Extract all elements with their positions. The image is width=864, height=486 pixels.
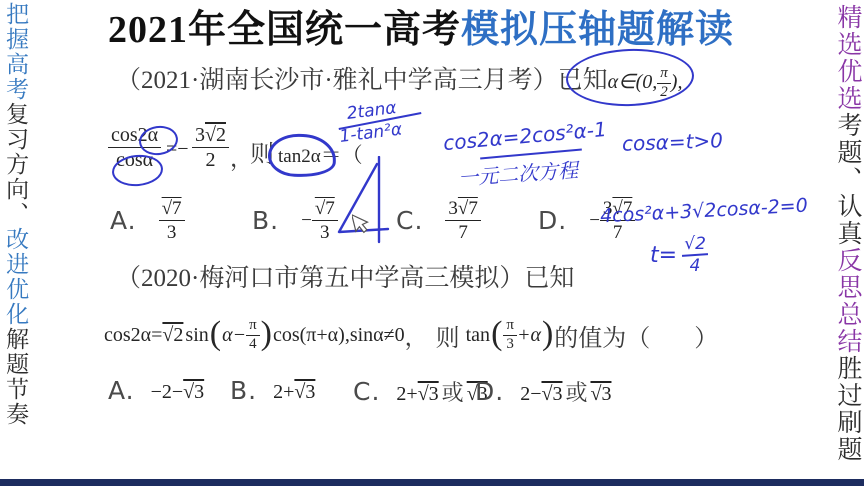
- pi-over-4-fraction: π4: [246, 318, 260, 353]
- big-paren-open-2: (: [491, 317, 502, 351]
- p1-option-b: B. − √73: [252, 198, 338, 244]
- right-slogan-seg1: 精选优选: [834, 4, 861, 112]
- hw-substitution: cosα=t>0: [622, 128, 724, 156]
- right-slogan-seg3: 反思总结: [834, 247, 861, 355]
- p2-option-c-label: C.: [353, 377, 380, 406]
- eq1-rhs-fraction: 3√2 2: [192, 124, 229, 172]
- p1-option-a-value: √73: [159, 198, 185, 244]
- p1-option-b-label: B.: [252, 206, 279, 235]
- left-slogan-seg3: 改进优化: [3, 227, 28, 327]
- p2-option-a-label: A.: [108, 376, 135, 405]
- hw-t-value: t= √2 4: [650, 234, 708, 276]
- p2-option-b: B. 2+√3: [230, 376, 321, 405]
- problem2-equation: cos2α= √2 sin ( α− π4 ) cos(π+α),sinα≠0 …: [104, 308, 718, 362]
- p2-option-a-value: −2−√3: [151, 378, 211, 404]
- p1-option-a: A. √73: [110, 198, 185, 244]
- p2-option-c: C. 2+√3或√3: [353, 376, 488, 407]
- hw-tan-double-angle: 2tanα 1-tan²α: [336, 95, 424, 147]
- page-title-blue: 模拟压轴题解读: [461, 9, 734, 51]
- page-title: 2021年全国统一高考模拟压轴题解读: [108, 0, 734, 53]
- big-paren-close: ): [261, 317, 272, 351]
- right-slogan-seg4: 胜过刷题: [834, 355, 861, 463]
- hw-cos-identity: cos2α=2cos²α-1: [442, 117, 607, 155]
- left-slogan-seg2: 复习方向、: [3, 102, 28, 227]
- hw-quadratic-note: 一元二次方程: [457, 154, 579, 191]
- p2-option-a: A. −2−√3: [108, 376, 210, 405]
- left-slogan: 把握高考复习方向、改进优化解题节奏: [3, 2, 27, 427]
- problem2-source: （2020·梅河口市第五中学高三模拟）已知: [116, 258, 574, 294]
- pi-over-3-fraction: π3: [503, 318, 517, 353]
- left-slogan-seg4: 解题节奏: [3, 327, 28, 427]
- bottom-bar: [0, 479, 864, 486]
- p2-option-d-label: D.: [475, 377, 504, 406]
- p1-option-d-label: D.: [538, 206, 567, 235]
- right-slogan-seg2: 考题、认真: [834, 112, 861, 247]
- p1-option-c: C. 3√77: [396, 198, 481, 244]
- p1-option-c-value: 3√77: [445, 198, 480, 244]
- page-title-black: 2021年全国统一高考: [108, 9, 461, 51]
- p2-option-d: D. 2−√3或√3: [475, 376, 611, 407]
- mouse-cursor-icon: [352, 212, 372, 236]
- left-slogan-seg1: 把握高考: [3, 2, 28, 102]
- right-slogan: 精选优选考题、认真反思总结胜过刷题: [834, 4, 860, 463]
- p2-option-c-value: 2+√3或√3: [396, 376, 487, 407]
- problem1-source: （2021·湖南长沙市·雅礼中学高三月考）已知: [116, 67, 608, 94]
- p2-option-b-label: B.: [230, 376, 257, 405]
- p2-option-b-value: 2+√3: [273, 378, 321, 404]
- p2-option-d-value: 2−√3或√3: [520, 376, 611, 407]
- big-paren-close-2: ): [542, 317, 553, 351]
- big-paren-open: (: [210, 317, 221, 351]
- p1-option-a-label: A.: [110, 206, 137, 235]
- hand-triangle-drawing: [330, 156, 402, 252]
